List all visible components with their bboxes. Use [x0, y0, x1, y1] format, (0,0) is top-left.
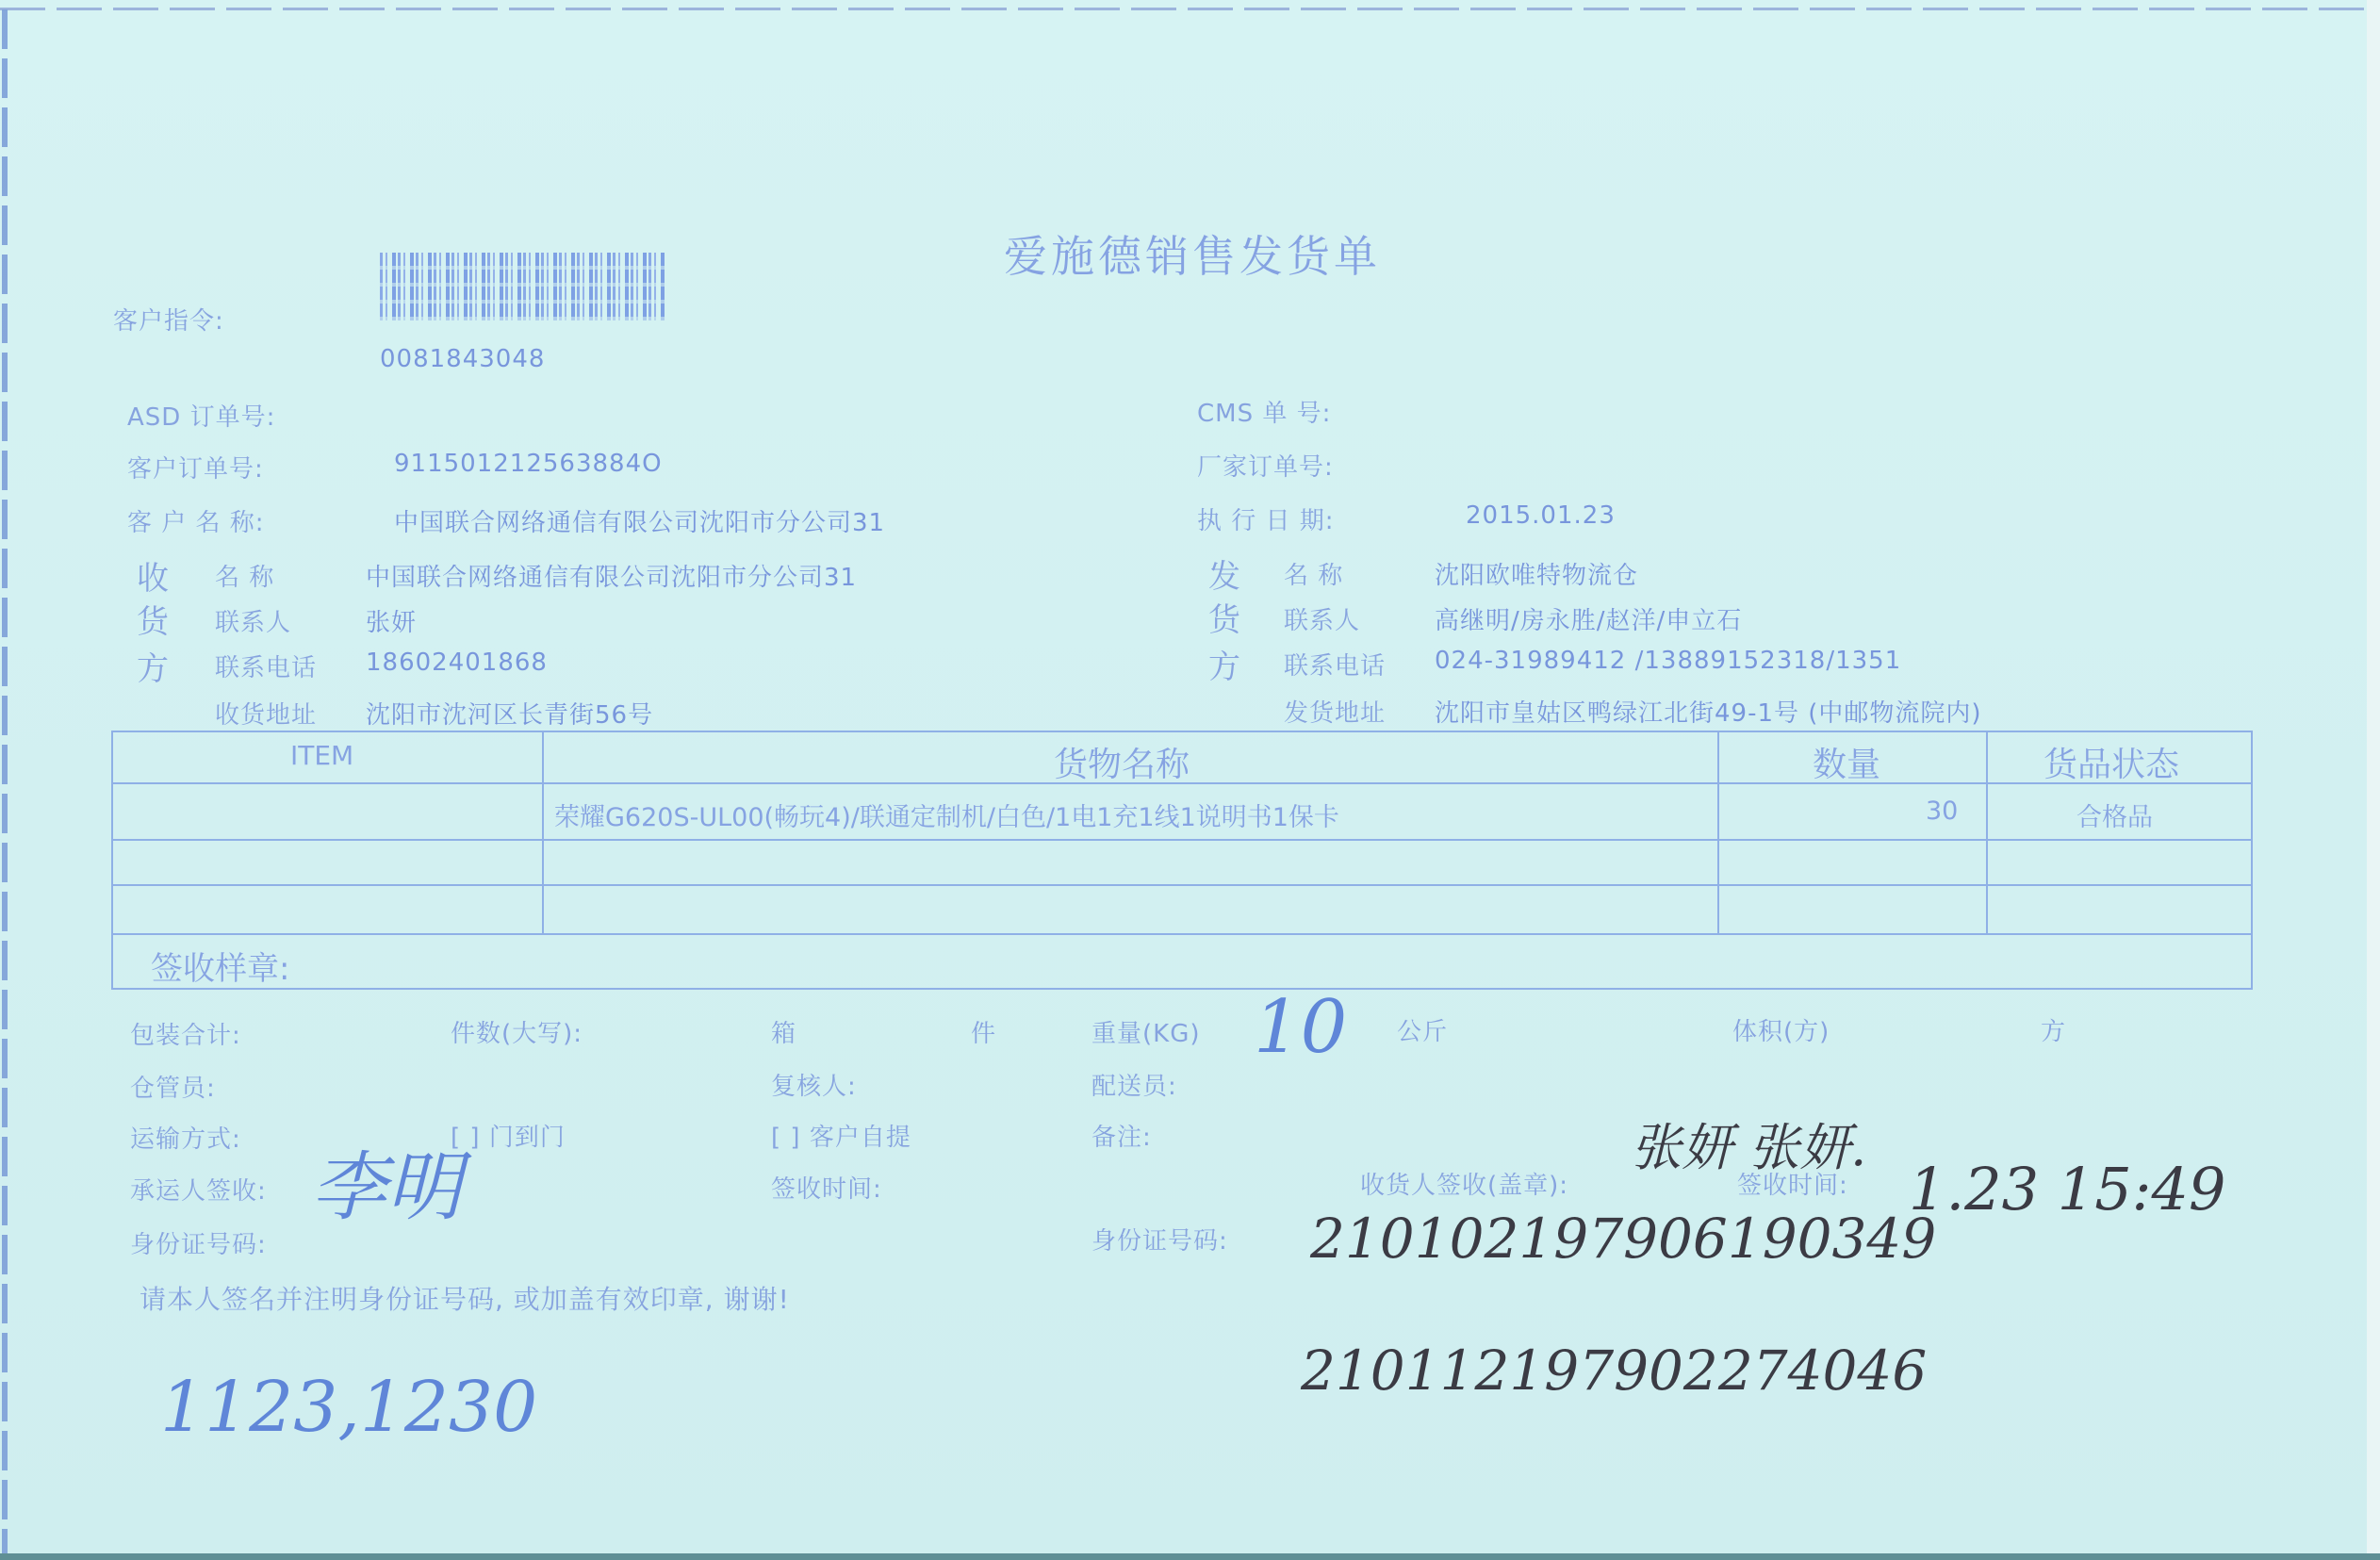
consignee-address-value: 沈阳市沈河区长青街56号 — [366, 696, 653, 731]
table-col-divider — [542, 731, 544, 933]
table-border-top — [111, 731, 2253, 732]
shipper-phone-label: 联系电话 — [1284, 647, 1386, 681]
handwritten-note: 1123,1230 — [160, 1367, 537, 1448]
warehouse-keeper-label: 仓管员: — [130, 1069, 216, 1104]
sign-time-handwritten: 1.23 15:49 — [1909, 1155, 2225, 1223]
items-table: ITEM 货物名称 数量 货品状态 荣耀G620S-UL00(畅玩4)/联通定制… — [111, 731, 2253, 990]
transport-option-door-to-door: [ ] 门到门 — [451, 1118, 566, 1153]
paper-bottom-edge — [0, 1553, 2380, 1560]
row-goods-status: 合格品 — [2076, 796, 2153, 833]
id-no-handwritten-2: 210112197902274046 — [1301, 1338, 1927, 1403]
row-quantity: 30 — [1926, 796, 1958, 826]
paper-right-edge — [2367, 0, 2380, 1560]
header-item: ITEM — [290, 740, 353, 771]
volume-unit: 方 — [2041, 1012, 2066, 1047]
reviewer-label: 复核人: — [771, 1067, 857, 1102]
consignee-name-value: 中国联合网络通信有限公司沈阳市分公司31 — [366, 558, 857, 593]
signature-notice: 请本人签名并注明身份证号码, 或加盖有效印章, 谢谢! — [140, 1279, 790, 1317]
shipper-address-value: 沈阳市皇姑区鸭绿江北街49-1号 (中邮物流院内) — [1435, 694, 1982, 729]
weight-unit: 公斤 — [1397, 1012, 1448, 1047]
barcode-icon — [380, 253, 666, 320]
shipper-contact-value: 高继明/房永胜/赵洋/申立石 — [1435, 601, 1742, 636]
table-row-divider — [111, 839, 2253, 841]
table-border-left — [111, 731, 113, 990]
perforation-left — [2, 9, 8, 1555]
package-total-label: 包装合计: — [130, 1016, 241, 1051]
consignee-contact-label: 联系人 — [215, 603, 291, 638]
document-title: 爱施德销售发货单 — [1004, 222, 1381, 285]
shipper-side-char-2: 货 — [1208, 594, 1241, 640]
consignee-side-char-3: 方 — [137, 643, 170, 689]
table-border-bottom — [111, 988, 2253, 990]
shipper-name-label: 名 称 — [1284, 556, 1343, 591]
consignee-phone-label: 联系电话 — [215, 649, 317, 683]
sign-time-left-label: 签收时间: — [771, 1170, 882, 1205]
customer-name-label: 客 户 名 称: — [127, 503, 265, 538]
table-col-divider — [1717, 731, 1719, 933]
header-goods-name: 货物名称 — [1054, 738, 1190, 786]
asd-order-no-label: ASD 订单号: — [127, 398, 275, 433]
transport-label: 运输方式: — [130, 1120, 241, 1155]
consignee-contact-value: 张妍 — [366, 603, 417, 638]
table-row-divider — [111, 933, 2253, 935]
shipper-phone-value: 024-31989412 /13889152318/1351 — [1435, 647, 1901, 675]
customer-instruction-label: 客户指令: — [113, 302, 224, 337]
deliverer-label: 配送员: — [1092, 1067, 1177, 1102]
remarks-label: 备注: — [1092, 1118, 1152, 1153]
volume-label: 体积(方) — [1732, 1012, 1830, 1047]
shipper-side-char-3: 方 — [1208, 641, 1241, 687]
perforation-top — [0, 8, 2380, 10]
shipper-contact-label: 联系人 — [1284, 601, 1360, 636]
header-goods-status: 货品状态 — [2044, 738, 2179, 786]
id-no-handwritten-1: 210102197906190349 — [1310, 1207, 1936, 1271]
pieces-uppercase-label: 件数(大写): — [451, 1014, 583, 1049]
weight-handwritten: 10 — [1254, 985, 1347, 1070]
table-row-divider — [111, 884, 2253, 886]
customer-order-no-label: 客户订单号: — [127, 450, 264, 484]
exec-date-label: 执 行 日 期: — [1197, 501, 1335, 536]
consignee-name-label: 名 称 — [215, 558, 274, 593]
shipper-side-char-1: 发 — [1208, 550, 1241, 597]
table-border-right — [2251, 731, 2253, 990]
header-quantity: 数量 — [1813, 738, 1880, 786]
id-no-left-label: 身份证号码: — [130, 1225, 267, 1260]
shipper-address-label: 发货地址 — [1284, 694, 1386, 729]
customer-instruction-value: 0081843048 — [380, 345, 545, 373]
row-goods-name: 荣耀G620S-UL00(畅玩4)/联通定制机/白色/1电1充1线1说明书1保卡 — [554, 796, 1339, 833]
shipper-name-value: 沈阳欧唯特物流仓 — [1435, 556, 1638, 591]
id-no-right-label: 身份证号码: — [1092, 1222, 1228, 1256]
customer-name-value: 中国联合网络通信有限公司沈阳市分公司31 — [394, 503, 885, 538]
receiver-sign-label: 收货人签收(盖章): — [1360, 1166, 1568, 1201]
piece-label: 件 — [971, 1014, 996, 1049]
table-col-divider — [1986, 731, 1988, 933]
consignee-phone-value: 18602401868 — [366, 649, 548, 677]
customer-order-no-value: 911501212563884O — [394, 450, 663, 478]
consignee-side-char-2: 货 — [137, 596, 170, 642]
consignee-side-char-1: 收 — [137, 552, 170, 599]
consignee-address-label: 收货地址 — [215, 696, 317, 731]
sign-time-right-label: 签收时间: — [1737, 1166, 1848, 1201]
weight-label: 重量(KG) — [1092, 1014, 1201, 1049]
carrier-signature: 李明 — [311, 1126, 462, 1235]
cms-no-label: CMS 单 号: — [1197, 394, 1331, 429]
carrier-sign-label: 承运人签收: — [130, 1172, 267, 1207]
sign-stamp-label: 签收样章: — [151, 943, 289, 989]
factory-order-no-label: 厂家订单号: — [1197, 448, 1334, 483]
transport-option-self-pickup: [ ] 客户自提 — [771, 1118, 911, 1153]
box-label: 箱 — [771, 1014, 796, 1049]
exec-date-value: 2015.01.23 — [1466, 501, 1616, 530]
